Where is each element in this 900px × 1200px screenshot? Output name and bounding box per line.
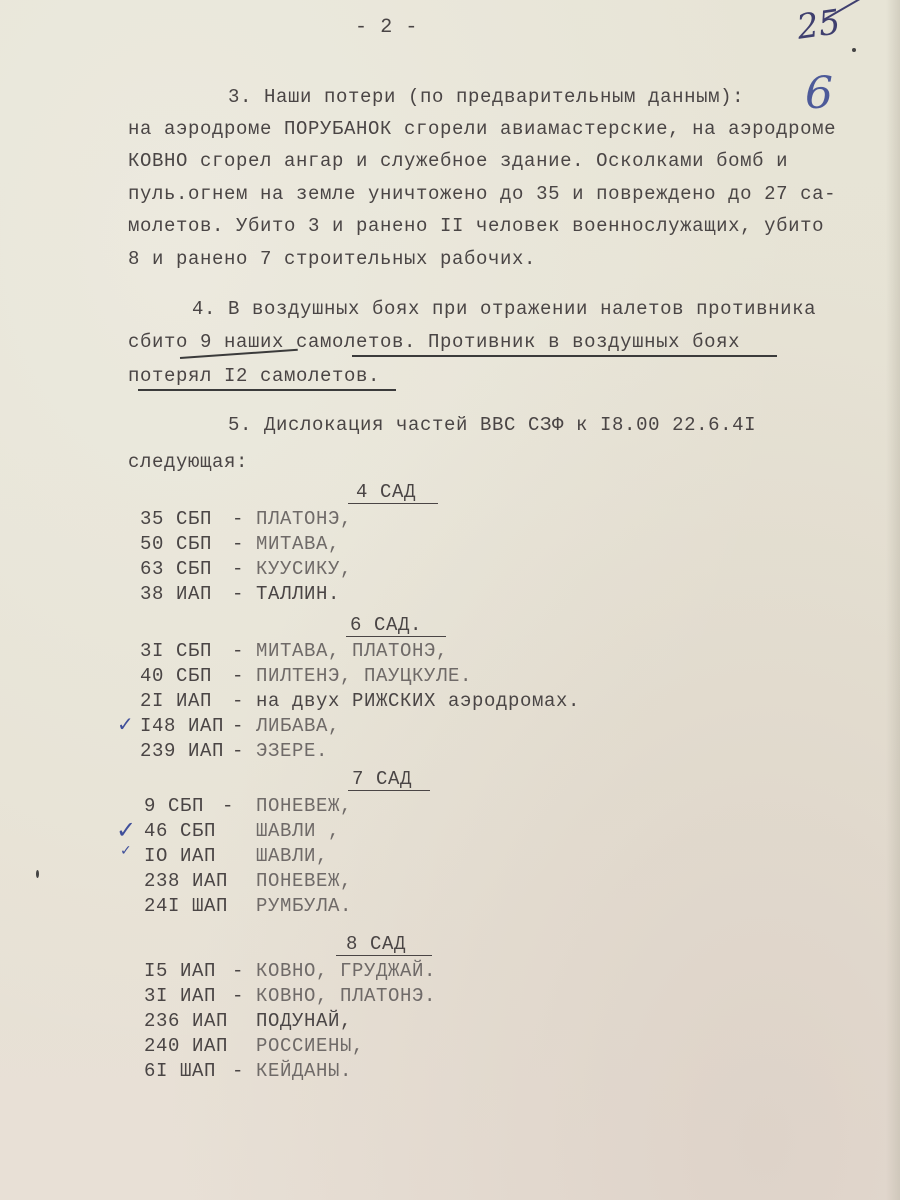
unit-location: РОССИЕНЫ, <box>256 1037 364 1056</box>
unit-code: 3I СБП <box>140 642 212 661</box>
separator: - <box>232 535 244 554</box>
division-heading: 6 САД. <box>346 616 446 637</box>
unit-code: 239 ИАП <box>140 742 224 761</box>
unit-location: ПОНЕВЕЖ, <box>256 797 352 816</box>
unit-code: 240 ИАП <box>144 1037 228 1056</box>
separator: - <box>232 510 244 529</box>
unit-location: МИТАВА, ПЛАТОНЭ, <box>256 642 448 661</box>
section5-line: 5. Дислокация частей ВВС СЗФ к I8.00 22.… <box>228 416 756 435</box>
section5-line: следующая: <box>128 453 248 472</box>
unit-location: ПЛАТОНЭ, <box>256 510 352 529</box>
unit-location: ПОНЕВЕЖ, <box>256 872 352 891</box>
archive-mark-top: 25 <box>794 2 842 48</box>
checkmark-icon: ✓ <box>116 816 136 844</box>
section3-line: 8 и ранено 7 строительных рабочих. <box>128 250 536 269</box>
paper-edge <box>886 0 900 1200</box>
unit-location: ШАВЛИ , <box>256 822 340 841</box>
separator: - <box>232 585 244 604</box>
unit-location: КЕЙДАНЫ. <box>256 1062 352 1081</box>
unit-location: ШАВЛИ, <box>256 847 328 866</box>
unit-location: РУМБУЛА. <box>256 897 352 916</box>
section4-line: потерял I2 самолетов. <box>128 367 380 386</box>
unit-location: КОВНО, ГРУДЖАЙ. <box>256 962 436 981</box>
unit-location: МИТАВА, <box>256 535 340 554</box>
division-heading: 7 САД <box>348 770 430 791</box>
unit-code: 2I ИАП <box>140 692 212 711</box>
checkmark-icon: ✓ <box>120 843 132 859</box>
separator: - <box>232 642 244 661</box>
unit-code: 50 СБП <box>140 535 212 554</box>
unit-location: ПОДУНАЙ, <box>256 1012 352 1031</box>
separator: - <box>232 742 244 761</box>
unit-code: 3I ИАП <box>144 987 216 1006</box>
separator: - <box>232 1062 244 1081</box>
unit-location: ЛИБАВА, <box>256 717 340 736</box>
checkmark-icon: ✓ <box>117 712 134 736</box>
unit-code: IO ИАП <box>144 847 216 866</box>
page-number: - 2 - <box>355 18 418 38</box>
separator: - <box>232 962 244 981</box>
unit-code: 63 СБП <box>140 560 212 579</box>
unit-code: 24I ШАП <box>144 897 228 916</box>
pencil-underline <box>138 389 396 391</box>
unit-code: 40 СБП <box>140 667 212 686</box>
division-heading: 8 САД <box>336 935 432 956</box>
separator: - <box>232 987 244 1006</box>
unit-code: I5 ИАП <box>144 962 216 981</box>
unit-code: 35 СБП <box>140 510 212 529</box>
unit-code: 6I ШАП <box>144 1062 216 1081</box>
unit-location: ПИЛТЕНЭ, ПАУЦКУЛЕ. <box>256 667 472 686</box>
separator: - <box>232 692 244 711</box>
unit-code: 236 ИАП <box>144 1012 228 1031</box>
unit-location: КУУСИКУ, <box>256 560 352 579</box>
unit-location: КОВНО, ПЛАТОНЭ. <box>256 987 436 1006</box>
section3-line: 3. Наши потери (по предварительным данны… <box>228 88 744 107</box>
ink-speck <box>852 48 856 52</box>
separator: - <box>222 797 234 816</box>
unit-location: ЭЗЕРЕ. <box>256 742 328 761</box>
unit-code: 9 СБП <box>144 797 204 816</box>
unit-code: 46 СБП <box>144 822 216 841</box>
division-heading: 4 САД <box>348 483 438 504</box>
unit-location: ТАЛЛИН. <box>256 585 340 604</box>
archive-mark-bottom: 6 <box>805 68 833 119</box>
section4-line: 4. В воздушных боях при отражении налето… <box>192 300 816 319</box>
unit-code: 238 ИАП <box>144 872 228 891</box>
section3-line: на аэродроме ПОРУБАНОК сгорели авиамасте… <box>128 120 836 139</box>
separator: - <box>232 667 244 686</box>
separator: - <box>232 717 244 736</box>
unit-code: I48 ИАП <box>140 717 224 736</box>
separator: - <box>232 560 244 579</box>
section3-line: пуль.огнем на земле уничтожено до 35 и п… <box>128 185 836 204</box>
unit-code: 38 ИАП <box>140 585 212 604</box>
ink-speck <box>36 870 39 878</box>
document-page <box>0 0 900 1200</box>
section4-line: сбито 9 наших самолетов. Противник в воз… <box>128 333 740 352</box>
unit-location: на двух РИЖСКИХ аэродромах. <box>256 692 580 711</box>
pencil-underline <box>352 355 777 357</box>
section3-line: КОВНО сгорел ангар и служебное здание. О… <box>128 152 788 171</box>
section3-line: молетов. Убито 3 и ранено II человек вое… <box>128 217 824 236</box>
